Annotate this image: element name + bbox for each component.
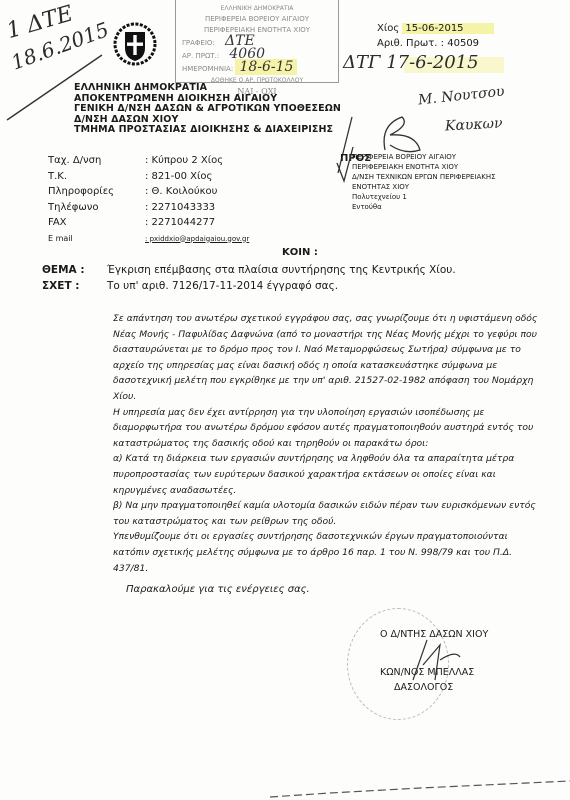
- contact-row: Τηλέφωνο: 2271043333: [48, 200, 249, 216]
- place-label: Χίος: [377, 23, 399, 34]
- org-line: ΤΜΗΜΑ ΠΡΟΣΤΑΣΙΑΣ ΔΙΟΙΚΗΣΗΣ & ΔΙΑΧΕΙΡΙΣΗΣ: [74, 125, 341, 136]
- greek-emblem-icon: [113, 22, 157, 66]
- contact-value: : 821-00 Χίος: [145, 171, 212, 182]
- email-link[interactable]: : pxiddxio@apdaigaiou.gov.gr: [145, 235, 249, 243]
- contact-value: : Θ. Κοιλούκου: [145, 186, 217, 197]
- contact-label: Τηλέφωνο: [48, 200, 145, 216]
- stamp-line: ΠΕΡΙΦΕΡΕΙΑΚΗ ΕΝΟΤΗΤΑ ΧΙΟΥ: [176, 25, 338, 36]
- stamp-office-label: ΓΡΑΦΕΙΟ:: [182, 39, 215, 47]
- recipient-line: Πολυτεχνείου 1: [352, 192, 496, 202]
- contact-details: Ταχ. Δ/νση: Κύπρου 2 Χίος Τ.Κ.: 821-00 Χ…: [48, 153, 249, 247]
- org-line: ΓΕΝΙΚΗ Δ/ΝΣΗ ΔΑΣΩΝ & ΑΓΡΟΤΙΚΩΝ ΥΠΟΘΕΣΕΩΝ: [74, 104, 341, 115]
- stamp-date-label: ΗΜΕΡΟΜΗΝΙΑ:: [182, 65, 233, 73]
- stamp-date-value: 18-6-15: [235, 59, 297, 75]
- body-paragraph: Υπενθυμίζουμε ότι οι εργασίες συντήρησης…: [113, 529, 543, 576]
- protocol-number: Αριθ. Πρωτ. : 40509: [377, 36, 494, 51]
- closing-line: Παρακαλούμε για τις ενέργειες σας.: [126, 584, 310, 595]
- reference-row: ΣΧΕΤ :Το υπ' αριθ. 7126/17-11-2014 έγγρα…: [42, 278, 456, 294]
- contact-row: FAX: 2271044277: [48, 215, 249, 231]
- contact-label: FAX: [48, 215, 145, 231]
- subject-label: ΘΕΜΑ :: [42, 262, 107, 278]
- cc-label: ΚΟΙΝ :: [282, 247, 318, 258]
- org-line: ΕΛΛΗΝΙΚΗ ΔΗΜΟΚΡΑΤΙΑ: [74, 83, 341, 94]
- reference-text: Το υπ' αριθ. 7126/17-11-2014 έγγραφό σας…: [107, 280, 338, 292]
- handwritten-routing-text: ΔΤΓ 17-6-2015: [343, 52, 479, 73]
- body-paragraph: Σε απάντηση του ανωτέρω σχετικού εγγράφο…: [113, 311, 543, 405]
- letter-body: Σε απάντηση του ανωτέρω σχετικού εγγράφο…: [113, 311, 543, 576]
- contact-label: Πληροφορίες: [48, 184, 145, 200]
- contact-value: : Κύπρου 2 Χίος: [145, 155, 223, 166]
- subject-row: ΘΕΜΑ :Έγκριση επέμβασης στα πλαίσια συντ…: [42, 262, 456, 278]
- body-paragraph: Η υπηρεσία μας δεν έχει αντίρρηση για τη…: [113, 405, 543, 452]
- contact-row: Τ.Κ.: 821-00 Χίος: [48, 169, 249, 185]
- contact-label: E mail: [48, 231, 145, 247]
- handwritten-assignee: Μ. Νουτσου: [417, 84, 505, 109]
- handwritten-routing: ΔΤΓ 17-6-2015: [343, 52, 479, 73]
- recipient-address: ΠΕΡΙΦΕΡΕΙΑ ΒΟΡΕΙΟΥ ΑΙΓΑΙΟΥ ΠΕΡΙΦΕΡΕΙΑΚΗ …: [352, 152, 496, 212]
- page-edge: [0, 775, 570, 800]
- body-paragraph: β) Να μην πραγματοποιηθεί καμία υλοτομία…: [113, 498, 543, 529]
- document-date: 15-06-2015: [402, 23, 493, 34]
- contact-label: Ταχ. Δ/νση: [48, 153, 145, 169]
- body-paragraph: α) Κατά τη διάρκεια των εργασιών συντήρη…: [113, 451, 543, 498]
- stamp-line: ΕΛΛΗΝΙΚΗ ΔΗΜΟΚΡΑΤΙΑ: [176, 3, 338, 14]
- contact-row: Πληροφορίες: Θ. Κοιλούκου: [48, 184, 249, 200]
- contact-row: E mail: pxiddxio@apdaigaiou.gov.gr: [48, 231, 249, 248]
- handwritten-assignee-2: Καυκων: [445, 116, 503, 135]
- protocol-label: Αριθ. Πρωτ. :: [377, 38, 444, 49]
- recipient-line: Δ/ΝΣΗ ΤΕΧΝΙΚΩΝ ΕΡΓΩΝ ΠΕΡΙΦΕΡΕΙΑΚΗΣ: [352, 172, 496, 182]
- recipient-line: ΠΕΡΙΦΕΡΕΙΑ ΒΟΡΕΙΟΥ ΑΙΓΑΙΟΥ: [352, 152, 496, 162]
- recipient-line: ΕΝΟΤΗΤΑΣ ΧΙΟΥ: [352, 182, 496, 192]
- subject-text: Έγκριση επέμβασης στα πλαίσια συντήρησης…: [107, 264, 456, 276]
- signature-icon: [405, 635, 465, 685]
- organization-header: ΕΛΛΗΝΙΚΗ ΔΗΜΟΚΡΑΤΙΑ ΑΠΟΚΕΝΤΡΩΜΕΝΗ ΔΙΟΙΚΗ…: [74, 83, 341, 136]
- place-date: Χίος 15-06-2015: [377, 21, 494, 36]
- document-date-block: Χίος 15-06-2015 Αριθ. Πρωτ. : 40509: [377, 21, 494, 51]
- stamp-line: ΠΕΡΙΦΕΡΕΙΑ ΒΟΡΕΙΟΥ ΑΙΓΑΙΟΥ: [176, 14, 338, 25]
- recipient-line: Εντούθα: [352, 202, 496, 212]
- contact-row: Ταχ. Δ/νση: Κύπρου 2 Χίος: [48, 153, 249, 169]
- contact-value: : 2271043333: [145, 202, 215, 213]
- reference-label: ΣΧΕΤ :: [42, 278, 107, 294]
- stamp-date-row: ΗΜΕΡΟΜΗΝΙΑ: 18-6-15: [176, 62, 338, 75]
- protocol-stamp: ΕΛΛΗΝΙΚΗ ΔΗΜΟΚΡΑΤΙΑ ΠΕΡΙΦΕΡΕΙΑ ΒΟΡΕΙΟΥ Α…: [175, 0, 339, 83]
- contact-value: : 2271044277: [145, 217, 215, 228]
- protocol-value: 40509: [447, 38, 479, 49]
- recipient-line: ΠΕΡΙΦΕΡΕΙΑΚΗ ΕΝΟΤΗΤΑ ΧΙΟΥ: [352, 162, 496, 172]
- contact-label: Τ.Κ.: [48, 169, 145, 185]
- subject-block: ΘΕΜΑ :Έγκριση επέμβασης στα πλαίσια συντ…: [42, 262, 456, 294]
- stamp-protocol-label: ΑΡ. ΠΡΩΤ.:: [182, 52, 219, 60]
